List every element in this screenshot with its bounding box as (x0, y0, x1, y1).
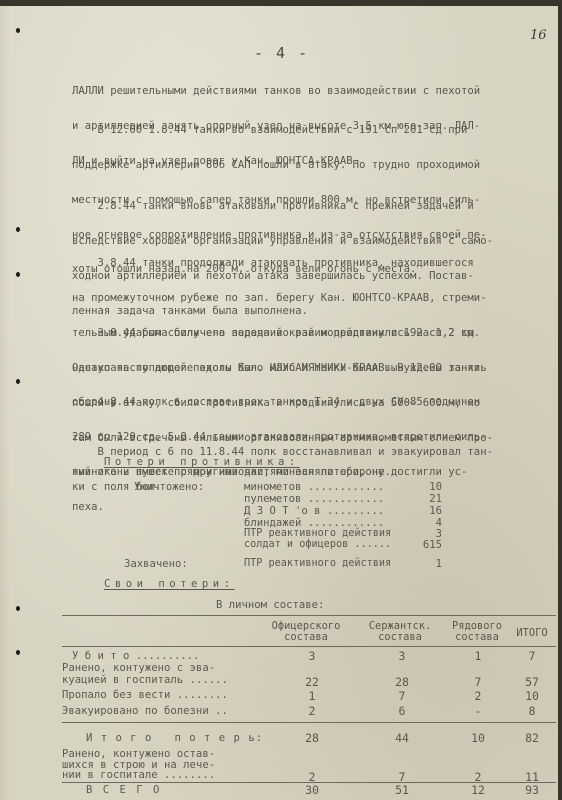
destroyed-value: 615 (410, 539, 442, 551)
destroyed-item: минометов ............ (244, 481, 384, 493)
enemy-losses-heading: Потери противника: (104, 456, 300, 468)
text-line: 3.8.44 танки продолжали атаковать против… (72, 258, 512, 270)
binding-hole (16, 379, 20, 384)
binding-hole (16, 606, 20, 611)
cell-total: 82 (512, 731, 552, 745)
binding-hole (16, 272, 20, 277)
text-line: 4.8.44 полк в составе трех танков Т-34 и… (72, 397, 512, 409)
row-label: Пропало без вести ........ (62, 689, 228, 701)
captured-label: Захвачено: (124, 558, 188, 570)
column-header-sergeants: Сержантск. состава (360, 621, 440, 643)
cell-officers: 1 (292, 689, 332, 703)
row-label: В С Е Г О (86, 784, 161, 796)
column-header-officers: Офицерского состава (266, 621, 346, 643)
cell-total: 93 (512, 783, 552, 797)
column-header-privates: Рядового состава (442, 621, 512, 643)
text-line: ЛАЛЛИ решительными действиями танков во … (72, 86, 512, 98)
row-label: Ранено, контужено остав- шихся в строю и… (62, 749, 215, 781)
cell-officers: 28 (292, 731, 332, 745)
cell-privates: 10 (458, 731, 498, 745)
cell-total: 57 (512, 675, 552, 689)
cell-total: 8 (512, 704, 552, 718)
destroyed-value: 16 (410, 505, 442, 517)
text-line: на промежуточном рубеже по зап. берегу К… (72, 293, 512, 305)
cell-privates: 2 (458, 689, 498, 703)
table-rule (62, 615, 556, 616)
cell-privates: 1 (458, 649, 498, 663)
cell-privates: 12 (458, 783, 498, 797)
table-rule (62, 646, 556, 647)
binding-hole (16, 28, 20, 33)
cell-total: 7 (512, 649, 552, 663)
row-label: Эвакуировано по болезни .. (62, 705, 228, 717)
handwritten-folio-number: 16 (530, 28, 547, 43)
text-line: 2.8.44 танки вновь атаковали противника … (72, 201, 512, 213)
destroyed-value: 10 (410, 481, 442, 493)
destroyed-label: Уничтожено: (134, 481, 204, 493)
row-label: И т о г о п о т е р ь: (86, 732, 263, 744)
cell-sergeants: 6 (382, 704, 422, 718)
document-page: 16 - 4 - ЛАЛЛИ решительными действиями т… (0, 6, 558, 800)
cell-sergeants: 7 (382, 689, 422, 703)
captured-item: ПТР реактивного действия (244, 558, 391, 570)
own-losses-heading: Свои потери: (104, 578, 235, 590)
column-header-total: ИТОГО (510, 628, 554, 639)
captured-value: 1 (410, 558, 442, 570)
personnel-subheading: В личном составе: (216, 599, 324, 611)
cell-sergeants: 3 (382, 649, 422, 663)
cell-total: 10 (512, 689, 552, 703)
cell-privates: 7 (458, 675, 498, 689)
cell-officers: 30 (292, 783, 332, 797)
destroyed-item: пулеметов ............ (244, 493, 384, 505)
row-label: Ранено, контужено с эва- куацией в госпи… (62, 662, 228, 686)
cell-privates: - (458, 704, 498, 718)
text-line: наступать по дороге вдоль Кан. ИЛУСАМЯНН… (72, 363, 512, 375)
destroyed-value: 21 (410, 493, 442, 505)
cell-sergeants: 51 (382, 783, 422, 797)
destroyed-item: Д З О Т 'о в ......... (244, 505, 384, 517)
cell-sergeants: 44 (382, 731, 422, 745)
cell-officers: 2 (292, 704, 332, 718)
row-label: У б и т о .......... (72, 650, 200, 662)
cell-officers: 3 (292, 649, 332, 663)
binding-hole (16, 650, 20, 655)
text-line: 3.8.44 была получена задача во взаимодей… (72, 328, 512, 340)
cell-officers: 22 (292, 675, 332, 689)
cell-sergeants: 28 (382, 675, 422, 689)
text-line: поддержке артиллерии 806 САП пошли в ата… (72, 160, 512, 172)
binding-hole (16, 227, 20, 232)
table-rule (62, 722, 556, 723)
destroyed-item: солдат и офицеров ...... (244, 539, 391, 551)
page-number: - 4 - (254, 44, 309, 62)
text-line: В 12.00 1.8.44 танки во взаимодействии с… (72, 125, 512, 137)
